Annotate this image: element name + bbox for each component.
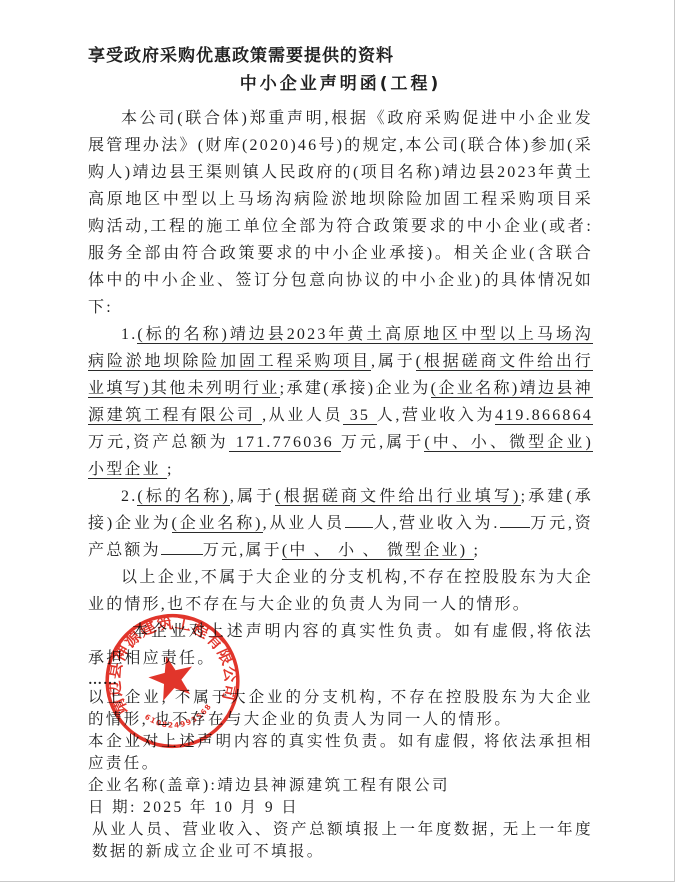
- company-name-value: 靖边县神源建筑工程有限公司: [217, 777, 450, 794]
- declaration-paragraph-1: 以上企业,不属于大企业的分支机构,不存在控股股东为大企业的情形,也不存在与大企业…: [88, 564, 593, 618]
- item1-revenue: 419.866864: [495, 407, 593, 425]
- item2-sep: ;: [474, 542, 481, 559]
- item2-enterprise-type: (中 、 小 、 微型企业): [282, 542, 474, 560]
- item2-assets-blank-field: [161, 539, 203, 555]
- date-line: 日 期: 2025 年 10 月 9 日: [88, 797, 593, 819]
- item2-sep: 万元,属于: [203, 542, 282, 559]
- item2-subject: (标的名称): [137, 488, 229, 506]
- footnote-paragraph: 从业人员、营业收入、资产总额填报上一年度数据, 无上一年度数据的新成立企业可不填…: [88, 819, 593, 863]
- item1-sep: ;承建(承接)企业为: [280, 380, 431, 397]
- item2-sep: 人,营业收入为.: [373, 515, 500, 532]
- doc-title: 中小企业声明函(工程): [88, 72, 593, 96]
- item1-number: 1.: [121, 326, 137, 343]
- item1-sep: 万元,属于: [341, 434, 424, 451]
- intro-paragraph: 本公司(联合体)郑重声明,根据《政府采购促进中小企业发展管理办法》(财库(202…: [88, 105, 593, 321]
- item1-paragraph: 1.(标的名称)靖边县2023年黄土高原地区中型以上马场沟病险淤地坝除险加固工程…: [88, 321, 593, 483]
- repeat-declaration-2: 本企业对上述声明内容的真实性负责。如有虚假, 将依法承担相应责任。: [88, 731, 593, 775]
- declaration-paragraph-2: 本企业对上述声明内容的真实性负责。如有虚假,将依法承担相应责任。: [88, 618, 593, 672]
- ellipsis-marks: ……: [88, 674, 593, 687]
- repeat-declaration-1: 以上企业, 不属于大企业的分支机构, 不存在控股股东为大企业的情形, 也不存在与…: [88, 687, 593, 731]
- item1-sep: 万元,资产总额为: [88, 434, 229, 451]
- item1-sep: 人,营业收入为: [377, 407, 495, 424]
- document-content: 享受政府采购优惠政策需要提供的资料 中小企业声明函(工程) 本公司(联合体)郑重…: [88, 44, 593, 863]
- item2-company-name: (企业名称): [172, 515, 263, 533]
- item2-paragraph: 2.(标的名称),属于(根据磋商文件给出行业填写);承建(承接)企业为(企业名称…: [88, 483, 593, 564]
- item1-sep: ,从业人员: [262, 407, 343, 424]
- company-name-label: 企业名称(盖章):: [88, 777, 217, 794]
- item2-revenue-blank-field: [500, 512, 530, 528]
- item2-sep: ,从业人员: [263, 515, 345, 532]
- item1-sep: ;: [167, 461, 174, 478]
- company-seal-line: 企业名称(盖章):靖边县神源建筑工程有限公司: [88, 775, 593, 797]
- item1-staff-count: 35: [343, 407, 377, 425]
- item2-sep: ,属于: [230, 488, 275, 505]
- item2-number: 2.: [121, 488, 137, 505]
- item1-sep: ,属于: [371, 353, 416, 370]
- item2-industry: (根据磋商文件给出行业填写): [275, 488, 520, 506]
- doc-heading: 享受政府采购优惠政策需要提供的资料: [88, 44, 593, 68]
- item2-staff-blank-field: [345, 512, 373, 528]
- document-page: 享受政府采购优惠政策需要提供的资料 中小企业声明函(工程) 本公司(联合体)郑重…: [0, 0, 675, 882]
- item1-assets: 171.776036: [229, 434, 341, 452]
